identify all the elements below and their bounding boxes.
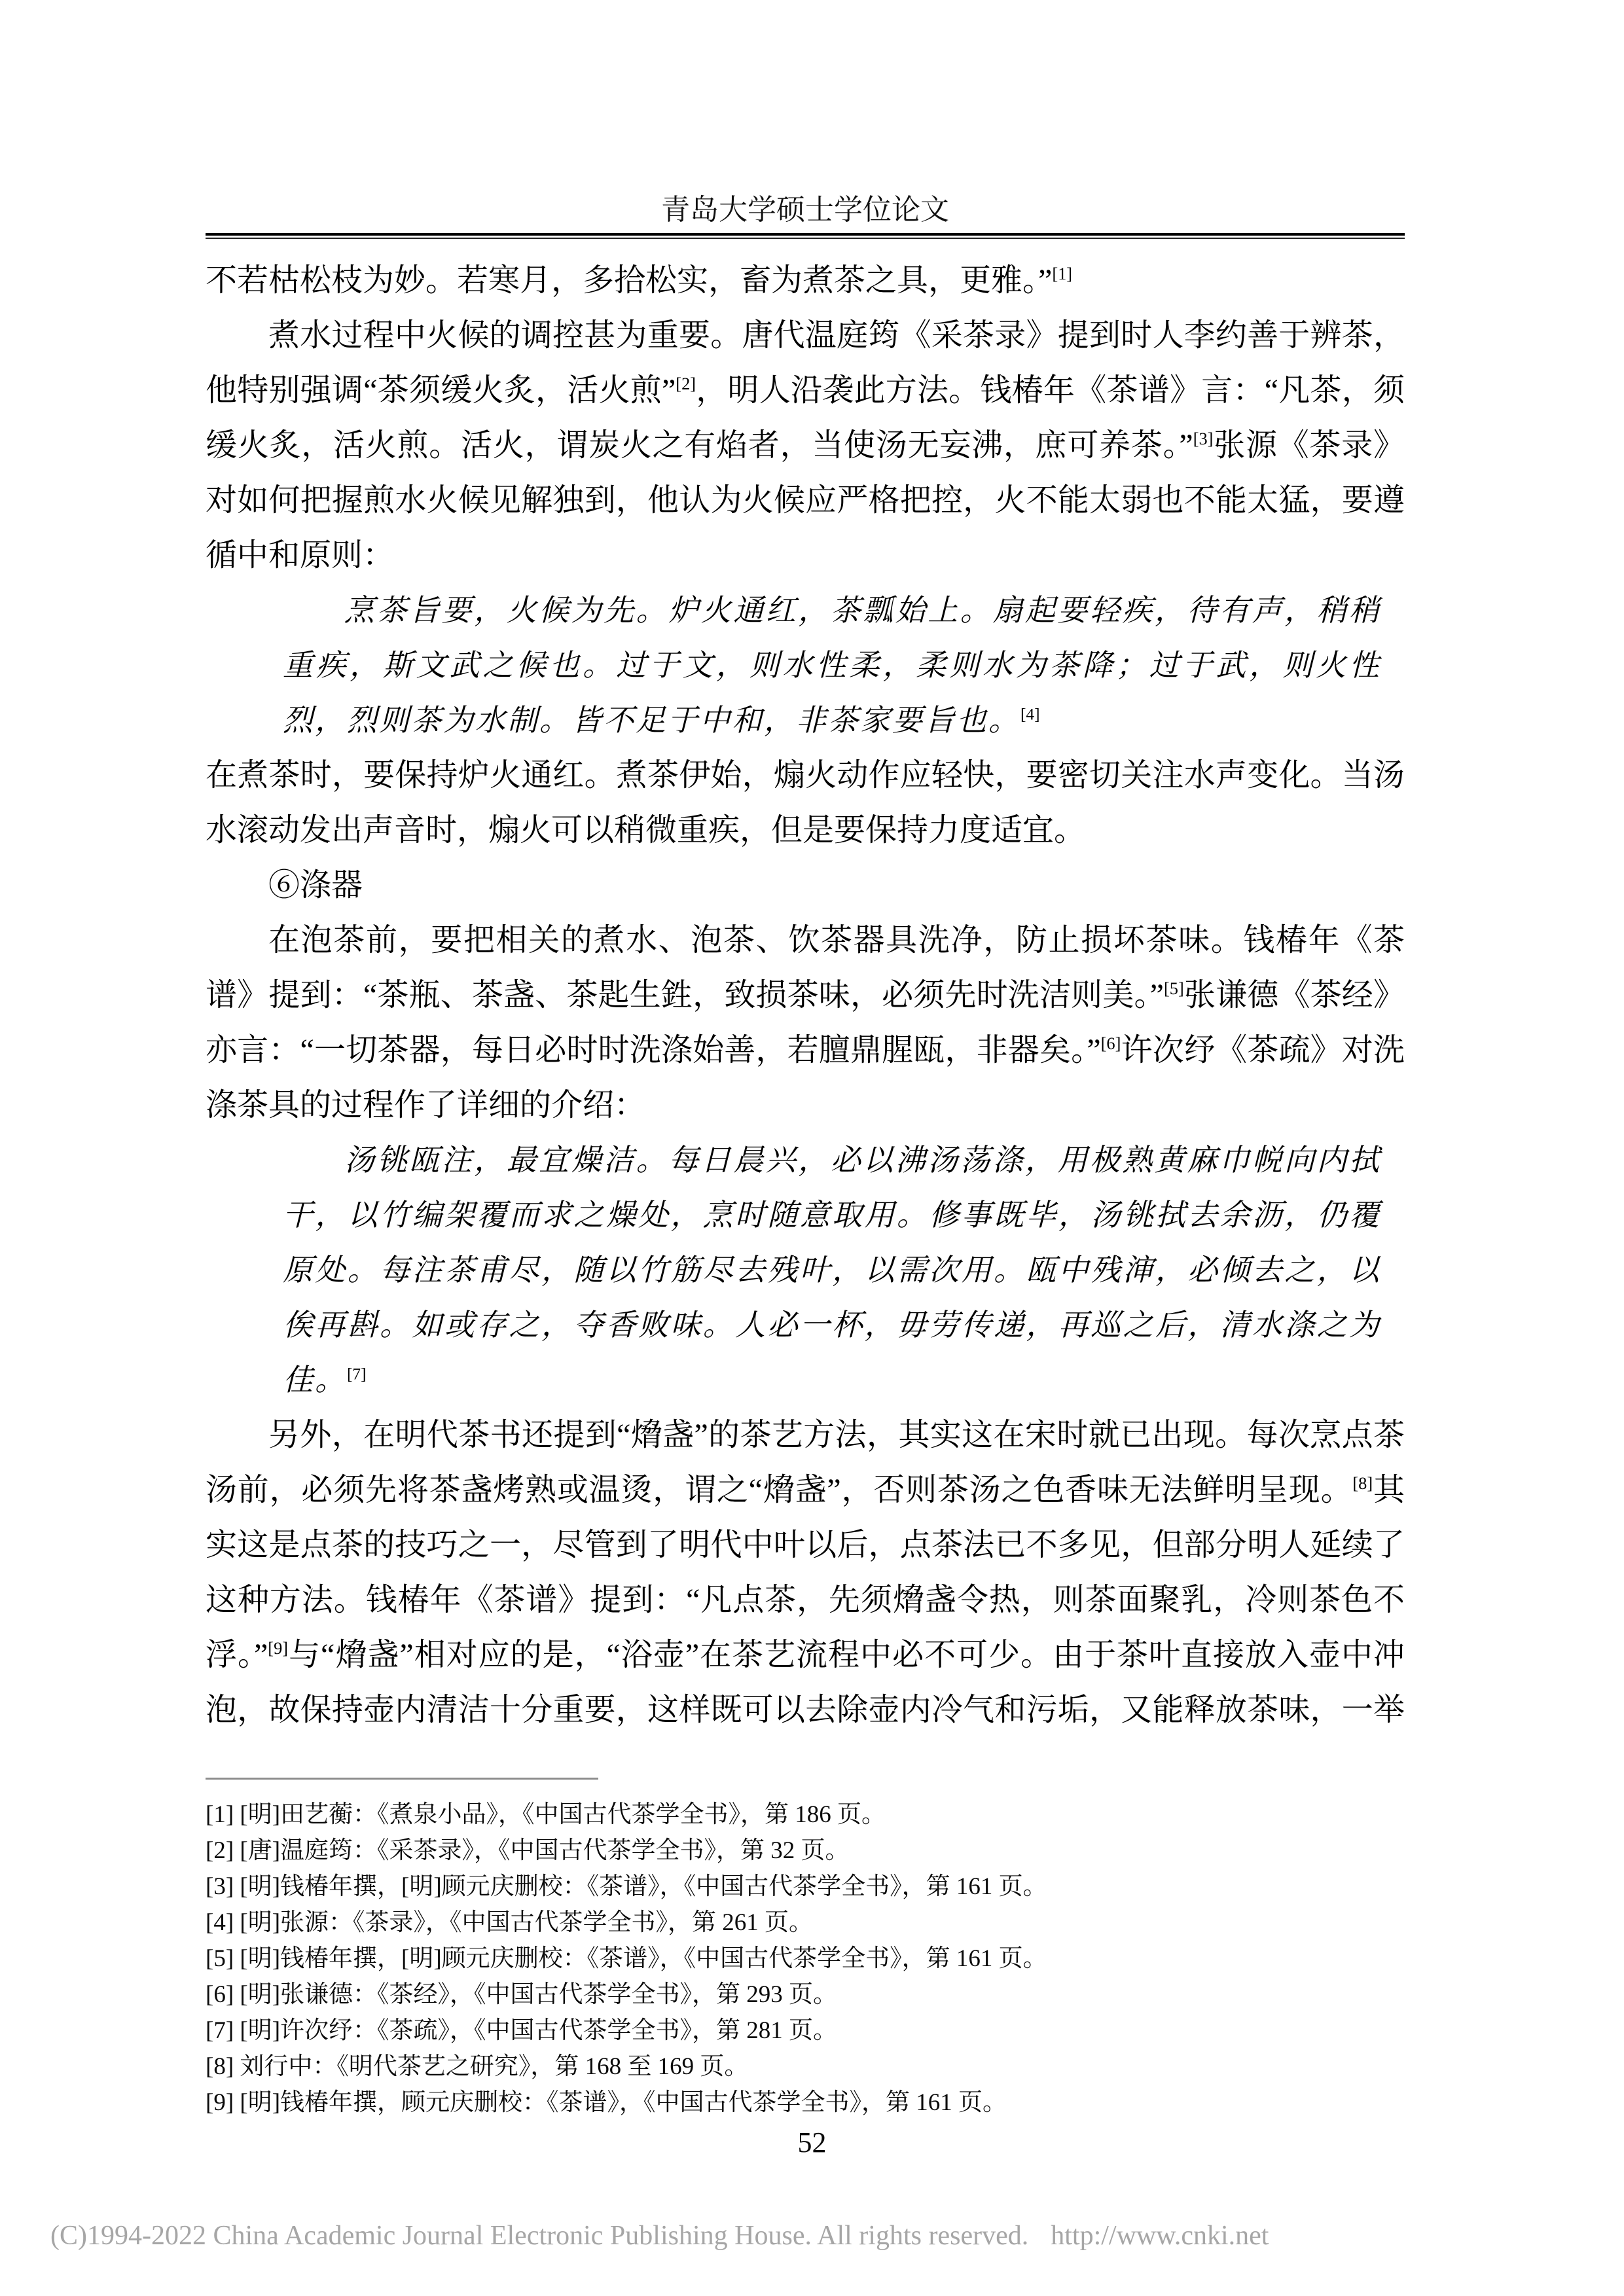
footnote-item: [5] [明]钱椿年撰，[明]顾元庆删校：《茶谱》，《中国古代茶学全书》，第 1… xyxy=(206,1941,1413,1977)
footnote-item: [1] [明]田艺蘅：《煮泉小品》，《中国古代茶学全书》，第 186 页。 xyxy=(206,1797,1413,1833)
running-head-title: 青岛大学硕士学位论文 xyxy=(206,194,1405,226)
footnote-ref: [6] xyxy=(1101,1033,1121,1053)
footnote-ref: [7] xyxy=(347,1365,367,1384)
footnote-item: [4] [明]张源：《茶录》，《中国古代茶学全书》，第 261 页。 xyxy=(206,1905,1413,1941)
footnote-item: [8] 刘行中：《明代茶艺之研究》，第 168 至 169 页。 xyxy=(206,2049,1413,2085)
footnote-item: [6] [明]张谦德：《茶经》，《中国古代茶学全书》，第 293 页。 xyxy=(206,1977,1413,2013)
paragraph: 另外，在明代茶书还提到“熁盏”的茶艺方法，其实这在宋时就已出现。每次烹点茶汤前，… xyxy=(206,1408,1405,1738)
footnote-item: [7] [明]许次纾：《茶疏》，《中国古代茶学全书》，第 281 页。 xyxy=(206,2013,1413,2049)
content-column: 青岛大学硕士学位论文 不若枯松枝为妙。若寒月，多拾松实，畜为煮茶之具，更雅。”[… xyxy=(206,194,1405,1738)
footnote-item: [9] [明]钱椿年撰，顾元庆删校：《茶谱》，《中国古代茶学全书》，第 161 … xyxy=(206,2085,1413,2121)
footnote-block: [1] [明]田艺蘅：《煮泉小品》，《中国古代茶学全书》，第 186 页。 [2… xyxy=(206,1778,1413,2121)
footnote-ref: [3] xyxy=(1193,429,1214,448)
thesis-page: 青岛大学硕士学位论文 不若枯松枝为妙。若寒月，多拾松实，畜为煮茶之具，更雅。”[… xyxy=(0,0,1624,2296)
paragraph: 在泡茶前，要把相关的煮水、泡茶、饮茶器具洗净，防止损坏茶味。钱椿年《茶谱》提到：… xyxy=(206,913,1405,1133)
section-label: ⑥涤器 xyxy=(206,858,1405,913)
cnki-footer: (C)1994-2022 China Academic Journal Elec… xyxy=(50,2219,1269,2253)
footer-url: http://www.cnki.net xyxy=(1051,2221,1269,2251)
footnote-ref: [9] xyxy=(268,1638,288,1658)
page-number: 52 xyxy=(0,2126,1624,2159)
footnote-ref: [1] xyxy=(1052,264,1072,283)
paragraph-quote-continuation: 不若枯松枝为妙。若寒月，多拾松实，畜为煮茶之具，更雅。”[1] xyxy=(206,253,1405,308)
body-text: 不若枯松枝为妙。若寒月，多拾松实，畜为煮茶之具，更雅。”[1] 煮水过程中火候的… xyxy=(206,253,1405,1738)
footer-copyright: (C)1994-2022 China Academic Journal Elec… xyxy=(50,2221,1028,2251)
footnote-ref: [5] xyxy=(1164,978,1184,998)
footnote-item: [2] [唐]温庭筠：《采茶录》，《中国古代茶学全书》，第 32 页。 xyxy=(206,1833,1413,1869)
block-quote: 汤铫瓯注，最宜燥洁。每日晨兴，必以沸汤荡涤，用极熟黄麻巾帨向内拭干，以竹编架覆而… xyxy=(283,1133,1381,1408)
block-quote: 烹茶旨要，火候为先。炉火通红，茶瓢始上。扇起要轻疾，待有声，稍稍重疾，斯文武之候… xyxy=(283,583,1381,748)
footnote-ref: [4] xyxy=(1020,706,1040,724)
footnote-item: [3] [明]钱椿年撰，[明]顾元庆删校：《茶谱》，《中国古代茶学全书》，第 1… xyxy=(206,1869,1413,1905)
paragraph: 在煮茶时，要保持炉火通红。煮茶伊始，煽火动作应轻快，要密切关注水声变化。当汤水滚… xyxy=(206,748,1405,858)
header-rule xyxy=(206,233,1405,239)
footnote-separator xyxy=(206,1778,598,1780)
footnote-ref: [2] xyxy=(676,374,696,393)
page-header: 青岛大学硕士学位论文 xyxy=(206,194,1405,239)
paragraph: 煮水过程中火候的调控甚为重要。唐代温庭筠《采茶录》提到时人李约善于辨茶，他特别强… xyxy=(206,308,1405,583)
footnote-ref: [8] xyxy=(1352,1473,1373,1493)
